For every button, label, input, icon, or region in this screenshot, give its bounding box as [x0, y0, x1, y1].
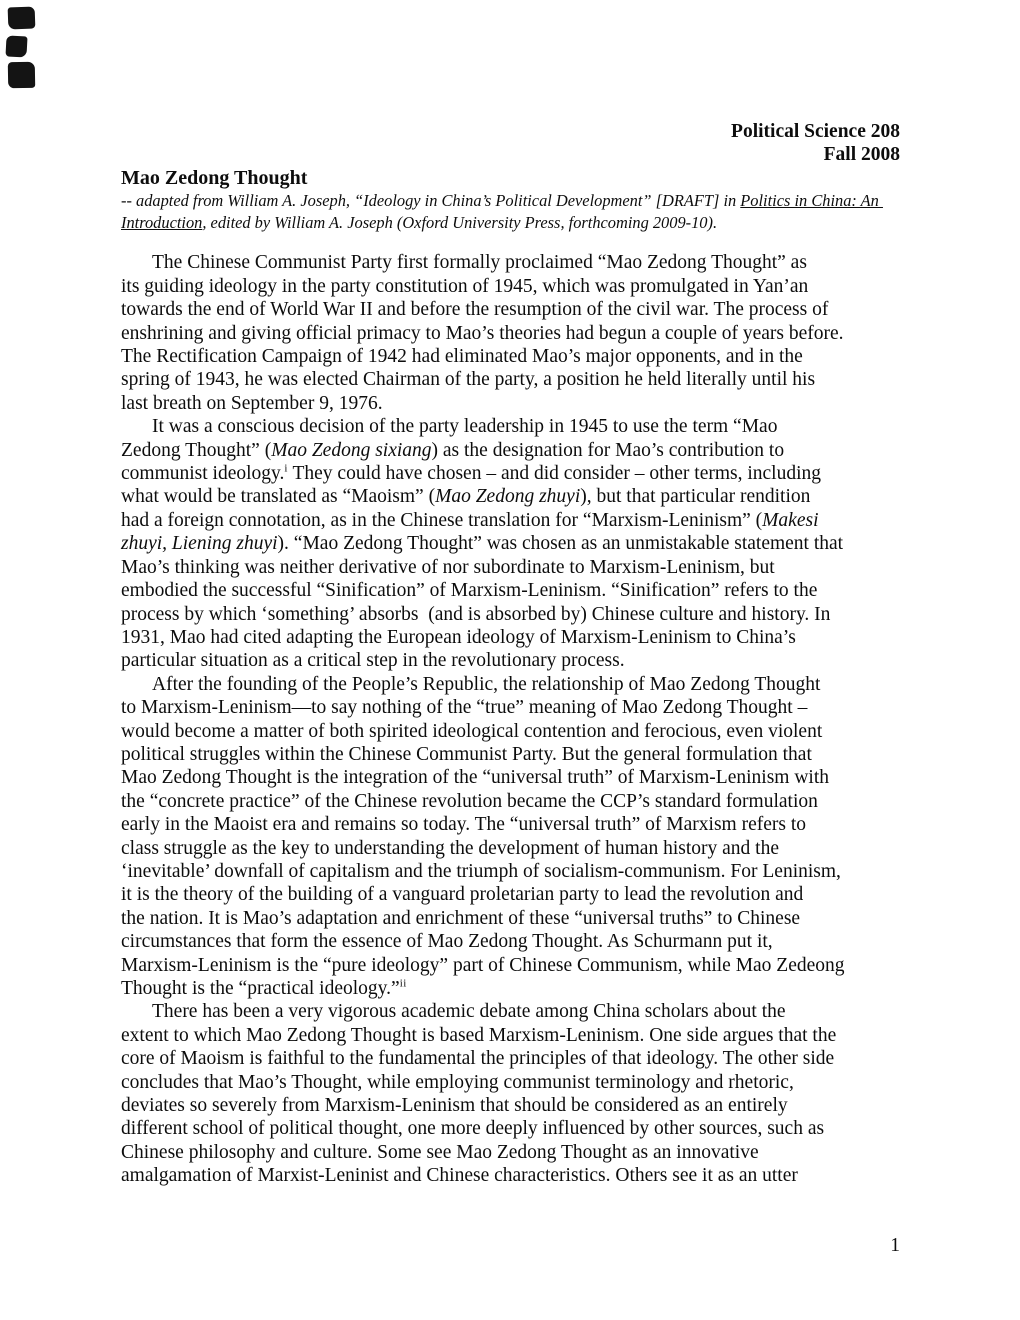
page-number: 1 [890, 1234, 900, 1257]
course-header: Political Science 208 Fall 2008 [121, 120, 900, 167]
page-content: Political Science 208 Fall 2008 Mao Zedo… [121, 120, 961, 1188]
body-paragraph-4: There has been a very vigorous academic … [121, 1000, 961, 1187]
document-page: Political Science 208 Fall 2008 Mao Zedo… [0, 0, 1020, 1320]
scan-artifact-mark [5, 35, 27, 57]
document-title: Mao Zedong Thought [121, 167, 961, 190]
scan-artifact-mark [8, 62, 35, 88]
body-paragraph-1: The Chinese Communist Party first formal… [121, 251, 961, 415]
body-paragraph-2: It was a conscious decision of the party… [121, 415, 961, 672]
scan-artifact-mark [8, 7, 36, 30]
attribution-note: -- adapted from William A. Joseph, “Ideo… [121, 190, 961, 233]
course-title: Political Science 208 [121, 120, 900, 143]
course-term: Fall 2008 [121, 143, 900, 166]
body-paragraph-3: After the founding of the People’s Repub… [121, 673, 961, 1001]
